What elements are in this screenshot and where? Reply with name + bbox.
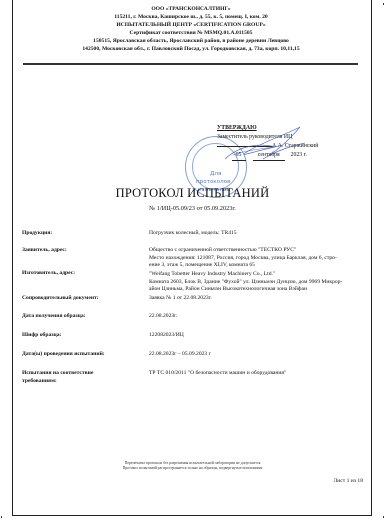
field-value: 22.08.2023г – 05.09.2023 г (149, 351, 362, 359)
protocol-number: № 1/ИЦ-05.09/23 от 05.09.2023г. (0, 205, 385, 212)
lab-address-1: 150515, Ярославская область, Ярославский… (12, 37, 370, 45)
field-label: Дата получения образца: (22, 313, 142, 321)
corner-mark (383, 3, 384, 5)
certificate-number: Сертификат соответствия № MSMQ.01.A.0115… (12, 29, 370, 37)
field-label: Сопроводительный документ: (22, 295, 142, 303)
field-label: Дата(ы) проведения испытаний: (22, 351, 142, 359)
footer-notes: Перепечатка протокола без разрешения исп… (0, 461, 385, 472)
lab-address-2: 142500, Московская обл., г. Павловский П… (12, 45, 370, 53)
signature-icon (215, 125, 325, 165)
org-name: ООО «ТРАНСКОНСАЛТИНГ» (12, 5, 370, 13)
field-value: Общество с ограниченной ответственностью… (149, 247, 362, 270)
field-label: Изготовитель, адрес: (22, 270, 142, 278)
stamp-text: протоколов (196, 179, 230, 185)
field-label: Продукция: (22, 230, 142, 238)
header-divider (23, 63, 358, 65)
field-label: Заявитель, адрес: (22, 247, 142, 255)
field-label: Испытания на соответствие требованиям: (22, 370, 142, 385)
footer-note-scope: Протокол испытаний распространяется толь… (0, 466, 385, 471)
document-header: ООО «ТРАНСКОНСАЛТИНГ» 115211, г. Москва,… (12, 5, 370, 54)
corner-mark (1, 516, 2, 518)
page-counter: Лист 1 из 18 (333, 478, 363, 484)
field-label: Шифр образца: (22, 332, 142, 340)
protocol-title: ПРОТОКОЛ ИСПЫТАНИЙ (0, 186, 385, 201)
field-value: "Weifang Tobetter Heavy Industry Machine… (149, 271, 362, 294)
field-value: 122082023/ИЦ (149, 332, 362, 340)
stamp-text: Для (210, 171, 221, 177)
center-name: ИСПЫТАТЕЛЬНЫЙ ЦЕНТР «CERTIFICATION GROUP… (12, 21, 370, 29)
field-value: Погрузчик колесный, модель: TR415 (149, 230, 362, 238)
field-value: ТР ТС 010/2011 "О безопасности машин и о… (149, 370, 362, 378)
corner-mark (383, 516, 384, 518)
org-address: 115211, г. Москва, Каширское ш., д. 55, … (12, 13, 370, 21)
field-value: 22.08.2023г. (149, 313, 362, 321)
field-value: Заявка № 1 от 22.08.2023г. (149, 295, 362, 303)
